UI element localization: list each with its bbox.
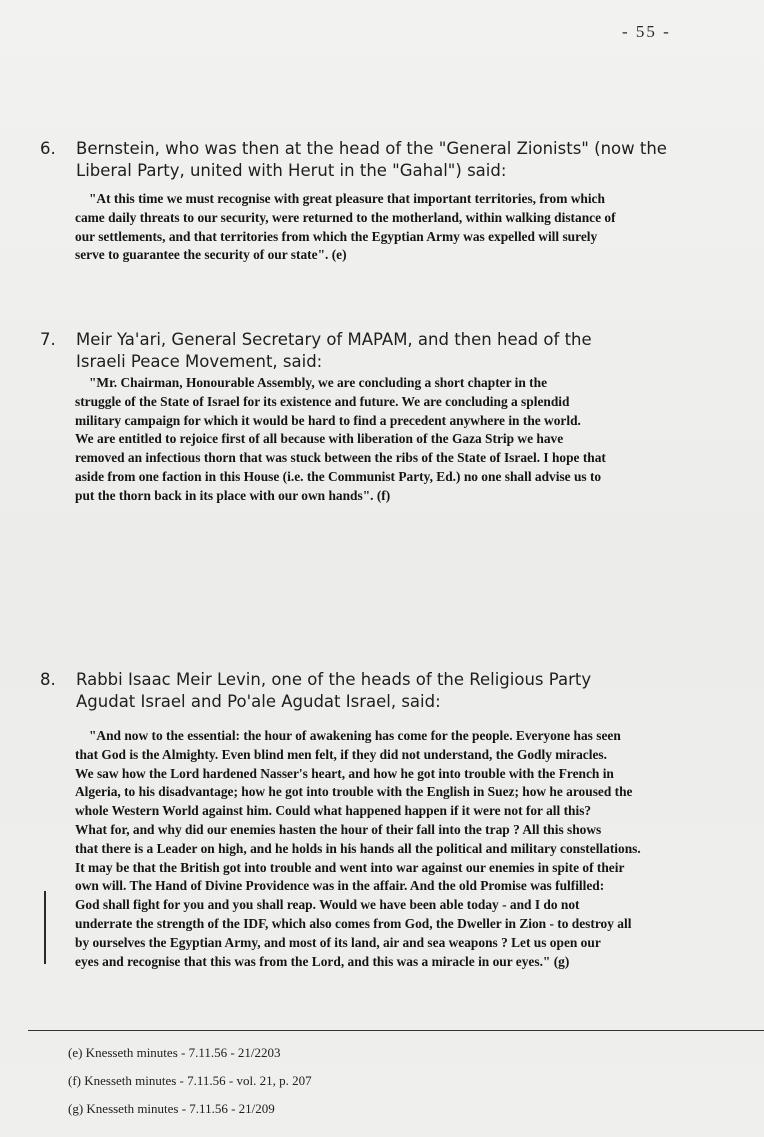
heading-line: Agudat Israel and Po'ale Agudat Israel, …	[76, 691, 591, 713]
quote-line: eyes and recognise that this was from th…	[75, 953, 641, 972]
quote-line: aside from one faction in this House (i.…	[75, 468, 606, 487]
quote-line: military campaign for which it would be …	[75, 412, 606, 431]
heading-line: Israeli Peace Movement, said:	[76, 351, 592, 373]
section-7-quote: "Mr. Chairman, Honourable Assembly, we a…	[75, 374, 606, 506]
quote-line: removed an infectious thorn that was stu…	[75, 449, 606, 468]
quote-line: that there is a Leader on high, and he h…	[75, 840, 641, 859]
footnote-divider	[28, 1030, 764, 1031]
quote-line: by ourselves the Egyptian Army, and most…	[75, 934, 641, 953]
page-number: - 55 -	[622, 22, 671, 42]
quote-line: God shall fight for you and you shall re…	[75, 896, 641, 915]
heading-line: Rabbi Isaac Meir Levin, one of the heads…	[76, 669, 591, 691]
section-8-quote: "And now to the essential: the hour of a…	[75, 727, 641, 971]
quote-line: underrate the strength of the IDF, which…	[75, 915, 641, 934]
footnotes: (e) Knesseth minutes - 7.11.56 - 21/2203…	[68, 1043, 312, 1127]
quote-line: Algeria, to his disadvantage; how he got…	[75, 783, 641, 802]
quote-line: that God is the Almighty. Even blind men…	[75, 746, 641, 765]
document-page: - 55 - 6. Bernstein, who was then at the…	[0, 0, 764, 1137]
quote-line: own will. The Hand of Divine Providence …	[75, 877, 641, 896]
quote-line: "Mr. Chairman, Honourable Assembly, we a…	[75, 374, 606, 393]
heading-line: Bernstein, who was then at the head of t…	[76, 138, 667, 160]
quote-line: "And now to the essential: the hour of a…	[75, 727, 641, 746]
section-number: 8.	[40, 669, 56, 691]
heading-line: Liberal Party, united with Herut in the …	[76, 160, 667, 182]
section-number: 6.	[40, 138, 56, 160]
footnote-g: (g) Knesseth minutes - 7.11.56 - 21/209	[68, 1099, 312, 1127]
quote-line: We are entitled to rejoice first of all …	[75, 430, 606, 449]
section-6-heading: 6. Bernstein, who was then at the head o…	[40, 138, 667, 182]
quote-line: our settlements, and that territories fr…	[75, 228, 616, 247]
heading-line: Meir Ya'ari, General Secretary of MAPAM,…	[76, 329, 592, 351]
section-number: 7.	[40, 329, 56, 351]
quote-line: came daily threats to our security, were…	[75, 209, 616, 228]
quote-line: "At this time we must recognise with gre…	[75, 190, 616, 209]
section-8-heading: 8. Rabbi Isaac Meir Levin, one of the he…	[40, 669, 591, 713]
section-7-heading: 7. Meir Ya'ari, General Secretary of MAP…	[40, 329, 592, 373]
quote-line: struggle of the State of Israel for its …	[75, 393, 606, 412]
quote-line: serve to guarantee the security of our s…	[75, 246, 616, 265]
section-6-quote: "At this time we must recognise with gre…	[75, 190, 616, 265]
margin-mark	[44, 891, 46, 964]
quote-line: whole Western World against him. Could w…	[75, 802, 641, 821]
quote-line: We saw how the Lord hardened Nasser's he…	[75, 765, 641, 784]
quote-line: It may be that the British got into trou…	[75, 859, 641, 878]
footnote-f: (f) Knesseth minutes - 7.11.56 - vol. 21…	[68, 1071, 312, 1099]
quote-line: What for, and why did our enemies hasten…	[75, 821, 641, 840]
footnote-e: (e) Knesseth minutes - 7.11.56 - 21/2203	[68, 1043, 312, 1071]
quote-line: put the thorn back in its place with our…	[75, 487, 606, 506]
